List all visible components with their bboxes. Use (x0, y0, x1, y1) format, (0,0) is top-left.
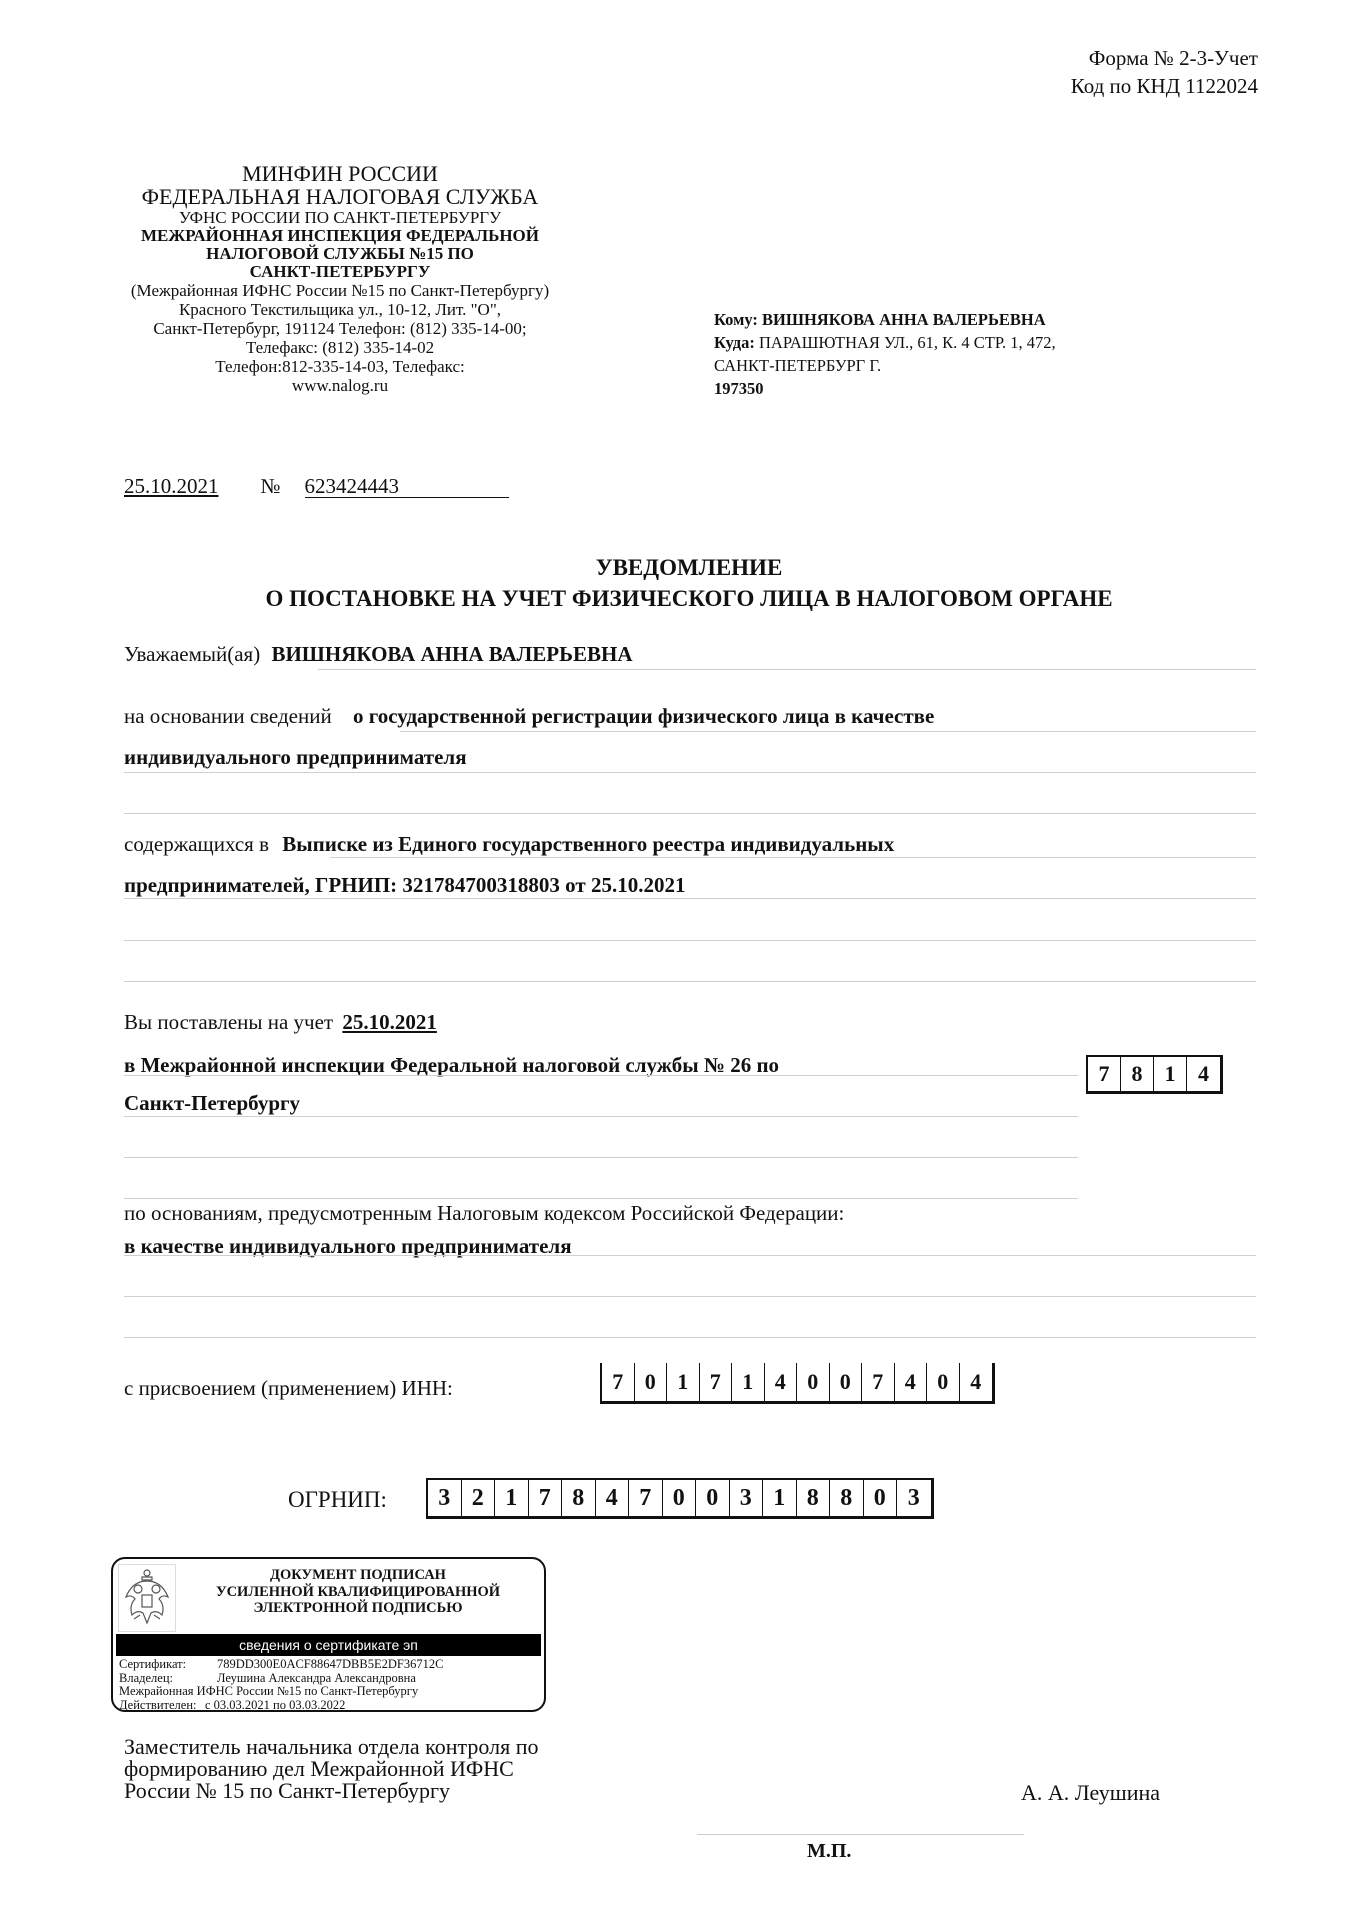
ogrnip-digits-digit: 3 (730, 1480, 764, 1516)
title-line-2: О ПОСТАНОВКЕ НА УЧЕТ ФИЗИЧЕСКОГО ЛИЦА В … (0, 583, 1358, 614)
grounds-underline-3 (124, 1337, 1256, 1338)
issuer-inspection-2: НАЛОГОВОЙ СЛУЖБЫ №15 ПО (70, 245, 610, 263)
inn-digits-digit: 1 (667, 1363, 700, 1401)
recipient-where: Куда: ПАРАШЮТНАЯ УЛ., 61, К. 4 СТР. 1, 4… (714, 331, 1056, 354)
basis-underline-2 (124, 772, 1256, 773)
certificate-details: Сертификат: 789DD300E0ACF88647DBB5E2DF36… (119, 1658, 443, 1712)
ogrnip-digits-digit: 8 (797, 1480, 831, 1516)
ogrnip-digits-digit: 3 (428, 1480, 462, 1516)
inn-cells: 701714007404 (600, 1363, 995, 1404)
signer-position-1: Заместитель начальника отдела контроля п… (124, 1736, 538, 1758)
electronic-signature-stamp: ДОКУМЕНТ ПОДПИСАН УСИЛЕННОЙ КВАЛИФИЦИРОВ… (111, 1557, 546, 1712)
ogrnip-digits-digit: 7 (529, 1480, 563, 1516)
inn-digits-digit: 0 (635, 1363, 668, 1401)
issuer-block: МИНФИН РОССИИ ФЕДЕРАЛЬНАЯ НАЛОГОВАЯ СЛУЖ… (70, 162, 610, 395)
grounds-label: по основаниям, предусмотренным Налоговым… (124, 1200, 844, 1226)
basis-underline-3 (124, 813, 1256, 814)
source-value-1: Выписке из Единого государственного реес… (282, 832, 894, 856)
greeting: Уважаемый(ая) ВИШНЯКОВА АННА ВАЛЕРЬЕВНА (124, 641, 633, 667)
issuer-phone: Телефон:812-335-14-03, Телефакс: (70, 357, 610, 376)
authority-code-digit: 4 (1187, 1057, 1220, 1091)
inn-digits-digit: 0 (830, 1363, 863, 1401)
inn-label: с присвоением (применением) ИНН: (124, 1375, 453, 1401)
ogrnip-digits-digit: 7 (629, 1480, 663, 1516)
authority-underline-4 (124, 1198, 1078, 1199)
basis-label: на основании сведений (124, 704, 332, 728)
authority-line-2: Санкт-Петербургу (124, 1090, 300, 1116)
owner-row: Владелец: Леушина Александра Александров… (119, 1672, 443, 1686)
authority-underline-1 (124, 1075, 1078, 1076)
signer-position: Заместитель начальника отдела контроля п… (124, 1736, 538, 1802)
ogrnip-digits-digit: 2 (462, 1480, 496, 1516)
inn-digits-digit: 7 (602, 1363, 635, 1401)
ogrnip-digits-digit: 8 (830, 1480, 864, 1516)
issuer-website: www.nalog.ru (70, 376, 610, 395)
document-title: УВЕДОМЛЕНИЕ О ПОСТАНОВКЕ НА УЧЕТ ФИЗИЧЕС… (0, 552, 1358, 614)
source-underline-3 (124, 940, 1256, 941)
inn-digits-digit: 0 (927, 1363, 960, 1401)
form-code-block: Форма № 2-3-Учет Код по КНД 1122024 (1071, 44, 1258, 100)
recipient-to-label: Кому: (714, 310, 758, 329)
source-underline-2 (124, 898, 1256, 899)
registered-label: Вы поставлены на учет (124, 1010, 333, 1034)
signature-heading-2: УСИЛЕННОЙ КВАЛИФИЦИРОВАННОЙ (173, 1584, 543, 1601)
ogrnip-digits-digit: 3 (897, 1480, 931, 1516)
source-value-2: предпринимателей, ГРНИП: 321784700318803… (124, 872, 685, 898)
issuer-inspection-1: МЕЖРАЙОННАЯ ИНСПЕКЦИЯ ФЕДЕРАЛЬНОЙ (70, 227, 610, 245)
source-line-1: содержащихся в Выписке из Единого госуда… (124, 831, 894, 857)
basis-value-2: индивидуального предпринимателя (124, 744, 467, 770)
certificate-info-bar: сведения о сертификате эп (116, 1634, 541, 1656)
russian-coat-of-arms-icon (118, 1564, 176, 1632)
authority-code-cells: 7814 (1086, 1055, 1223, 1094)
signature-heading: ДОКУМЕНТ ПОДПИСАН УСИЛЕННОЙ КВАЛИФИЦИРОВ… (173, 1567, 543, 1617)
knd-code: Код по КНД 1122024 (1071, 72, 1258, 100)
inn-digits-digit: 7 (700, 1363, 733, 1401)
basis-underline-1 (400, 731, 1256, 732)
signature-heading-1: ДОКУМЕНТ ПОДПИСАН (173, 1567, 543, 1584)
certificate-label: Сертификат: (119, 1658, 217, 1672)
ogrnip-digits-digit: 0 (696, 1480, 730, 1516)
title-line-1: УВЕДОМЛЕНИЕ (0, 552, 1358, 583)
authority-code-digit: 1 (1154, 1057, 1187, 1091)
recipient-name: ВИШНЯКОВА АННА ВАЛЕРЬЕВНА (762, 310, 1046, 329)
owner-label: Владелец: (119, 1672, 217, 1686)
greeting-name: ВИШНЯКОВА АННА ВАЛЕРЬЕВНА (271, 642, 632, 666)
issuer-inspection-3: САНКТ-ПЕТЕРБУРГУ (70, 263, 610, 281)
issuer-address-1: Красного Текстильщика ул., 10-12, Лит. "… (70, 300, 610, 319)
inn-digits-digit: 4 (765, 1363, 798, 1401)
document-date: 25.10.2021 (124, 474, 219, 499)
signature-line (697, 1834, 1024, 1835)
basis-line-1: на основании сведений о государственной … (124, 703, 934, 729)
authority-code-digit: 7 (1088, 1057, 1121, 1091)
grounds-underline-1 (124, 1255, 1256, 1256)
validity-row: Действителен: с 03.03.2021 по 03.03.2022 (119, 1699, 443, 1713)
ogrnip-digits-digit: 0 (663, 1480, 697, 1516)
recipient-postcode: 197350 (714, 379, 764, 398)
ogrnip-cells: 321784700318803 (426, 1478, 934, 1519)
ogrnip-digits-digit: 0 (864, 1480, 898, 1516)
ogrnip-digits-digit: 1 (763, 1480, 797, 1516)
grounds-underline-2 (124, 1296, 1256, 1297)
signature-heading-3: ЭЛЕКТРОННОЙ ПОДПИСЬЮ (173, 1600, 543, 1617)
greeting-label: Уважаемый(ая) (124, 642, 260, 666)
issuer-ministry: МИНФИН РОССИИ (70, 162, 610, 185)
document-date-number: 25.10.2021 № 623424443 (124, 474, 509, 499)
authority-code-digit: 8 (1121, 1057, 1154, 1091)
seal-label: М.П. (807, 1840, 851, 1863)
issuer-address-2: Санкт-Петербург, 191124 Телефон: (812) 3… (70, 319, 610, 338)
signer-name: А. А. Леушина (1021, 1780, 1160, 1806)
certificate-value: 789DD300E0ACF88647DBB5E2DF36712C (217, 1658, 443, 1672)
ogrnip-digits-digit: 8 (562, 1480, 596, 1516)
recipient-address-1: ПАРАШЮТНАЯ УЛ., 61, К. 4 СТР. 1, 472, (759, 333, 1056, 352)
issuer-regional: УФНС РОССИИ ПО САНКТ-ПЕТЕРБУРГУ (70, 208, 610, 227)
greeting-underline (318, 669, 1256, 670)
issuer-short-name: (Межрайонная ИФНС России №15 по Санкт-Пе… (70, 281, 610, 300)
ogrnip-label: ОГРНИП: (288, 1487, 387, 1513)
signer-position-3: России № 15 по Санкт-Петербургу (124, 1780, 538, 1802)
authority-underline-3 (124, 1157, 1078, 1158)
number-sign: № (261, 474, 281, 499)
registered-date: 25.10.2021 (342, 1010, 437, 1034)
ogrnip-digits-digit: 4 (596, 1480, 630, 1516)
recipient-block: Кому: ВИШНЯКОВА АННА ВАЛЕРЬЕВНА Куда: ПА… (714, 308, 1056, 400)
basis-value-1: о государственной регистрации физическог… (353, 704, 934, 728)
inn-digits-digit: 4 (960, 1363, 993, 1401)
inn-digits-digit: 7 (862, 1363, 895, 1401)
issuer-fax: Телефакс: (812) 335-14-02 (70, 338, 610, 357)
recipient-to: Кому: ВИШНЯКОВА АННА ВАЛЕРЬЕВНА (714, 308, 1056, 331)
registered-line: Вы поставлены на учет 25.10.2021 (124, 1009, 437, 1035)
source-label: содержащихся в (124, 832, 269, 856)
inn-digits-digit: 1 (732, 1363, 765, 1401)
ogrnip-digits-digit: 1 (495, 1480, 529, 1516)
source-underline-1 (330, 857, 1256, 858)
owner-org: Межрайонная ИФНС России №15 по Санкт-Пет… (119, 1685, 443, 1699)
issuer-service: ФЕДЕРАЛЬНАЯ НАЛОГОВАЯ СЛУЖБА (70, 185, 610, 208)
signer-position-2: формированию дел Межрайонной ИФНС (124, 1758, 538, 1780)
certificate-row: Сертификат: 789DD300E0ACF88647DBB5E2DF36… (119, 1658, 443, 1672)
recipient-where-label: Куда: (714, 333, 755, 352)
source-underline-4 (124, 981, 1256, 982)
authority-underline-2 (124, 1116, 1078, 1117)
document-number: 623424443 (305, 475, 509, 498)
owner-value: Леушина Александра Александровна (217, 1672, 416, 1686)
inn-digits-digit: 0 (797, 1363, 830, 1401)
recipient-address-2: САНКТ-ПЕТЕРБУРГ Г. (714, 354, 1056, 377)
validity-label: Действителен: (119, 1699, 205, 1713)
form-number: Форма № 2-3-Учет (1071, 44, 1258, 72)
validity-value: с 03.03.2021 по 03.03.2022 (205, 1699, 345, 1713)
inn-digits-digit: 4 (895, 1363, 928, 1401)
